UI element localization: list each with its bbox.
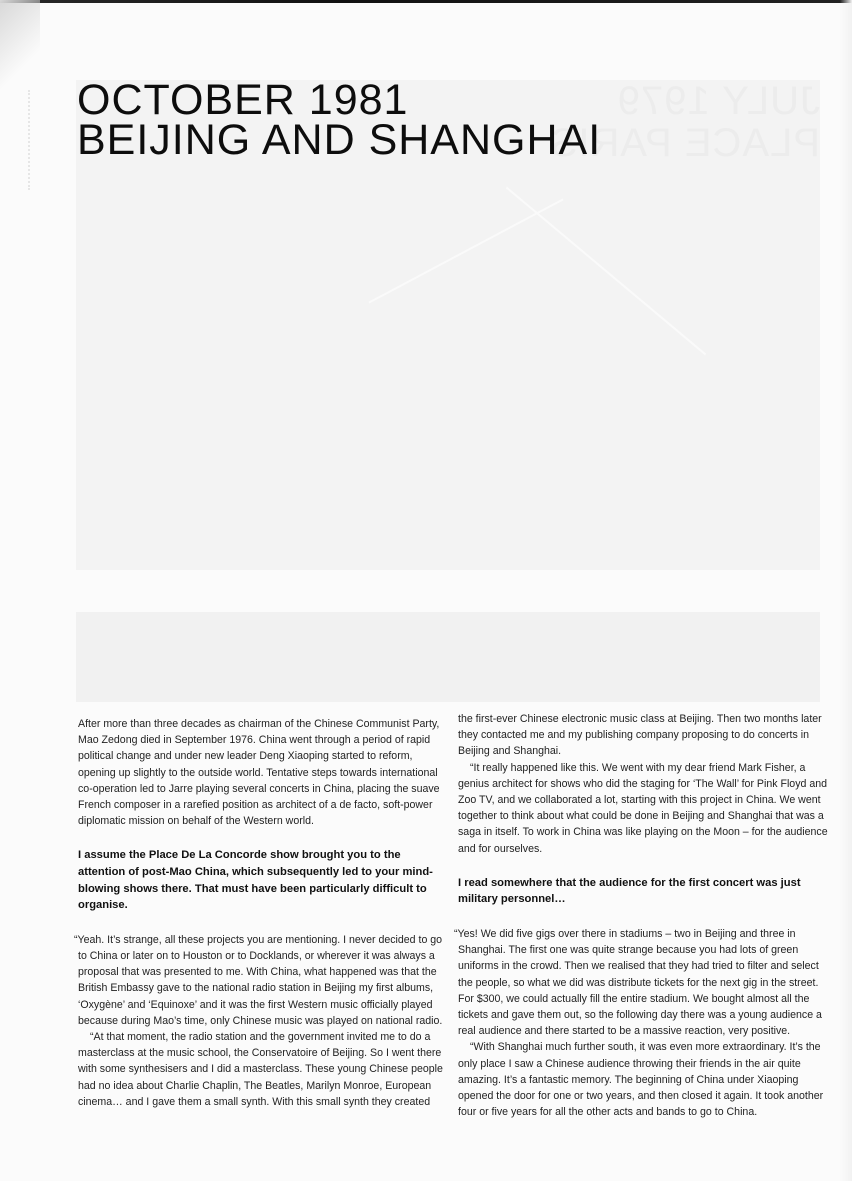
page-title: OCTOBER 1981 BEIJING AND SHANGHAI [77, 80, 601, 160]
title-date: OCTOBER 1981 [77, 80, 601, 120]
article-column-left: After more than three decades as chairma… [78, 716, 450, 1110]
answer-paragraph: “Yes! We did five gigs over there in sta… [458, 926, 834, 1039]
showthrough-band [76, 612, 820, 702]
scan-edge [0, 0, 852, 3]
title-location: BEIJING AND SHANGHAI [77, 120, 601, 160]
intro-paragraph: After more than three decades as chairma… [78, 716, 450, 829]
page-edge [840, 0, 852, 1181]
interview-question: I assume the Place De La Concorde show b… [78, 847, 450, 913]
answer-paragraph: “With Shanghai much further south, it wa… [458, 1039, 834, 1120]
interview-question: I read somewhere that the audience for t… [458, 875, 834, 908]
showthrough-line [506, 187, 706, 356]
answer-paragraph: “Yeah. It’s strange, all these projects … [78, 932, 450, 1029]
side-running-header [28, 90, 38, 190]
article-column-right: the first-ever Chinese electronic music … [458, 711, 834, 1120]
answer-paragraph: “At that moment, the radio station and t… [78, 1029, 450, 1110]
scan-shadow [0, 0, 40, 90]
showthrough-line [368, 198, 563, 303]
answer-paragraph: “It really happened like this. We went w… [458, 760, 834, 857]
continued-paragraph: the first-ever Chinese electronic music … [458, 711, 834, 760]
